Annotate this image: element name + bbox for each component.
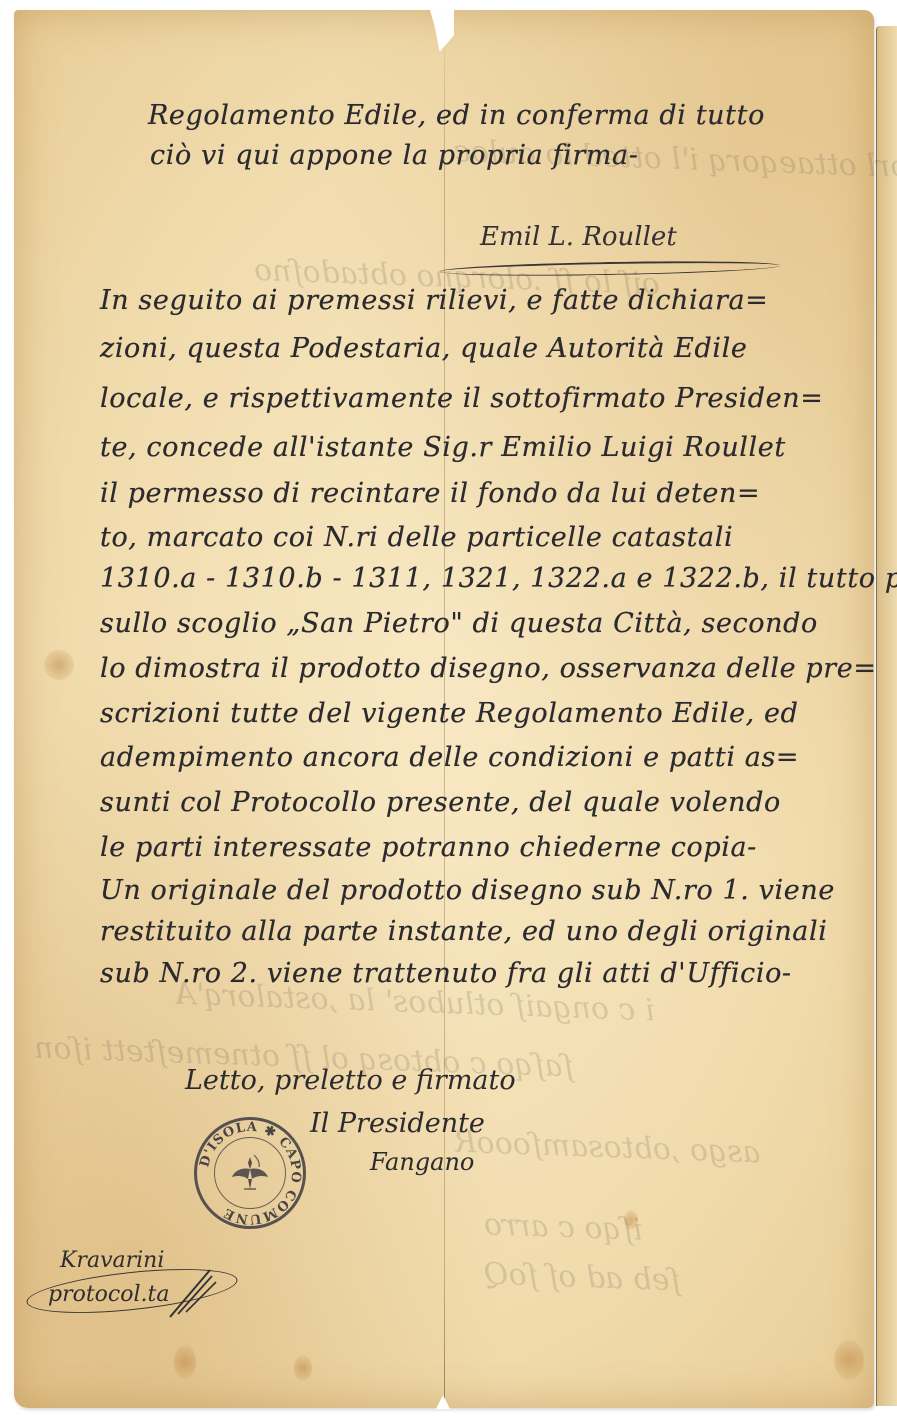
- foxing-spot: [294, 1355, 312, 1381]
- protocol-keeper-signature: Kravarini: [60, 1248, 164, 1273]
- body-line: te, concede all'istante Sig.r Emilio Lui…: [100, 432, 860, 463]
- body-line: zioni, questa Podestaria, quale Autorità…: [100, 333, 860, 364]
- signature-strokes-icon: [160, 1262, 220, 1322]
- body-line: Un originale del prodotto disegno sub N.…: [100, 875, 860, 906]
- opening-line: Regolamento Edile, ed in conferma di tut…: [148, 100, 897, 131]
- body-line: adempimento ancora delle condizioni e pa…: [100, 742, 860, 773]
- body-line: to, marcato coi N.ri delle particelle ca…: [100, 522, 860, 553]
- body-line: In seguito ai premessi rilievi, e fatte …: [100, 285, 860, 316]
- body-line: il permesso di recintare il fondo da lui…: [100, 478, 860, 509]
- opening-line: ciò vi qui appone la propria firma-: [150, 140, 897, 171]
- paper-tear-bottom: [436, 1395, 450, 1409]
- bleed-through-text: iſqo c arro: [483, 1207, 643, 1248]
- read-confirmed-line: Letto, preletto e firmato: [185, 1065, 516, 1096]
- applicant-signature: Emil L. Roullet: [480, 222, 677, 252]
- foxing-spot: [834, 1340, 864, 1380]
- body-line: locale, e rispettivamente il sottofirmat…: [100, 383, 860, 414]
- foxing-spot: [44, 650, 74, 680]
- president-title: Il Presidente: [310, 1108, 485, 1139]
- bleed-through-text: asgo ,obtosamſoooR: [453, 1125, 761, 1171]
- foxing-spot: [624, 1210, 638, 1230]
- stamp-inner-ring: [214, 1137, 286, 1209]
- eagle-emblem-icon: [226, 1149, 274, 1197]
- body-line: lo dimostra il prodotto disegno, osserva…: [100, 653, 860, 684]
- paper-tear-top: [430, 10, 454, 52]
- protocol-keeper-role: protocol.ta: [48, 1282, 169, 1307]
- bleed-through-text: ſeb ad oſ ſoQ: [483, 1257, 681, 1299]
- body-line: sullo scoglio „San Pietro" di questa Cit…: [100, 608, 860, 639]
- body-line: le parti interessate potranno chiederne …: [100, 832, 860, 863]
- municipal-stamp: D'ISOLA ✱ CAPO COMUNE: [194, 1117, 306, 1229]
- body-line: restituito alla parte instante, ed uno d…: [100, 916, 860, 947]
- adjacent-page-edge: [876, 26, 897, 1406]
- body-line: 1310.a - 1310.b - 1311, 1321, 1322.a e 1…: [100, 563, 860, 594]
- president-signature: Fangano: [370, 1148, 474, 1176]
- body-line: sub N.ro 2. viene trattenuto fra gli att…: [100, 958, 860, 989]
- body-line: scrizioni tutte del vigente Regolamento …: [100, 698, 860, 729]
- foxing-spot: [174, 1345, 196, 1379]
- body-line: sunti col Protocollo presente, del quale…: [100, 787, 860, 818]
